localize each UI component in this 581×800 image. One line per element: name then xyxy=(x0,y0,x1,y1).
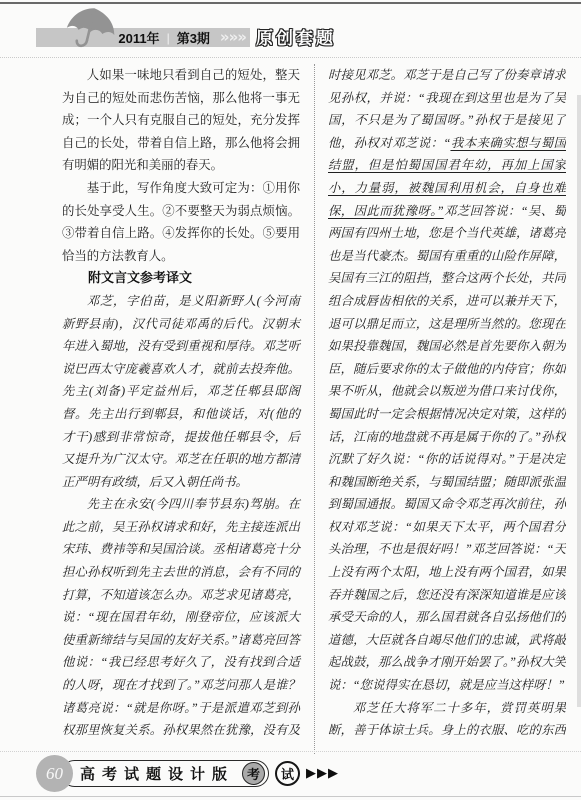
issue-number: 第3期 xyxy=(177,28,210,47)
page-footer: 60 高考试题设计版 考 试 ▶▶▶ xyxy=(36,755,339,792)
footer-divider-rule xyxy=(0,751,581,752)
magazine-banner: 高考试题设计版 考 xyxy=(61,760,269,787)
intro-paragraph-2: 基于此，写作角度大致可定为：①用你的长处享受人生。②不要整天为弱点烦恼。③带着自… xyxy=(62,177,300,267)
page-header: 2011年 | 第3期 »»» 原创套题 xyxy=(0,0,581,58)
issue-divider: | xyxy=(167,31,170,45)
shi-badge: 试 xyxy=(275,761,300,786)
kao-badge: 考 xyxy=(242,762,265,785)
umbrella-icon xyxy=(62,3,120,55)
issue-year: 2011年 xyxy=(118,28,159,47)
article-body: 人如果一味地只看到自己的短处，整天为自己的短处而悲伤苦恼，那么他将一事无成；一个… xyxy=(62,64,566,754)
translation-paragraph-2-tail: 邓芝回答说：“吴、蜀两国有四州土地，您是个当代英雄，诸葛亮也是当代豪杰。蜀国有重… xyxy=(328,204,566,692)
chevrons-icon: »»» xyxy=(220,30,246,45)
issue-info: 2011年 | 第3期 xyxy=(118,28,210,47)
scan-artifact-right xyxy=(577,95,581,707)
section-title: 原创套题 xyxy=(256,24,336,49)
magazine-page: 2011年 | 第3期 »»» 原创套题 人如果一味地只看到自己的短处，整天为自… xyxy=(0,0,581,800)
translation-paragraph-1: 邓芝，字伯苗，是义阳新野人(今河南新野县南)，汉代司徒邓禹的后代。汉朝末年进入蜀… xyxy=(62,290,300,493)
intro-paragraph-1: 人如果一味地只看到自己的短处，整天为自己的短处而悲伤苦恼，那么他将一事无成；一个… xyxy=(62,64,300,177)
magazine-title: 高考试题设计版 xyxy=(80,763,234,784)
triple-arrow-icon: ▶▶▶ xyxy=(306,766,339,781)
translation-heading: 附文言文参考译文 xyxy=(62,267,300,290)
scan-artifact-bottom xyxy=(0,796,581,797)
page-number-badge: 60 xyxy=(36,755,73,792)
